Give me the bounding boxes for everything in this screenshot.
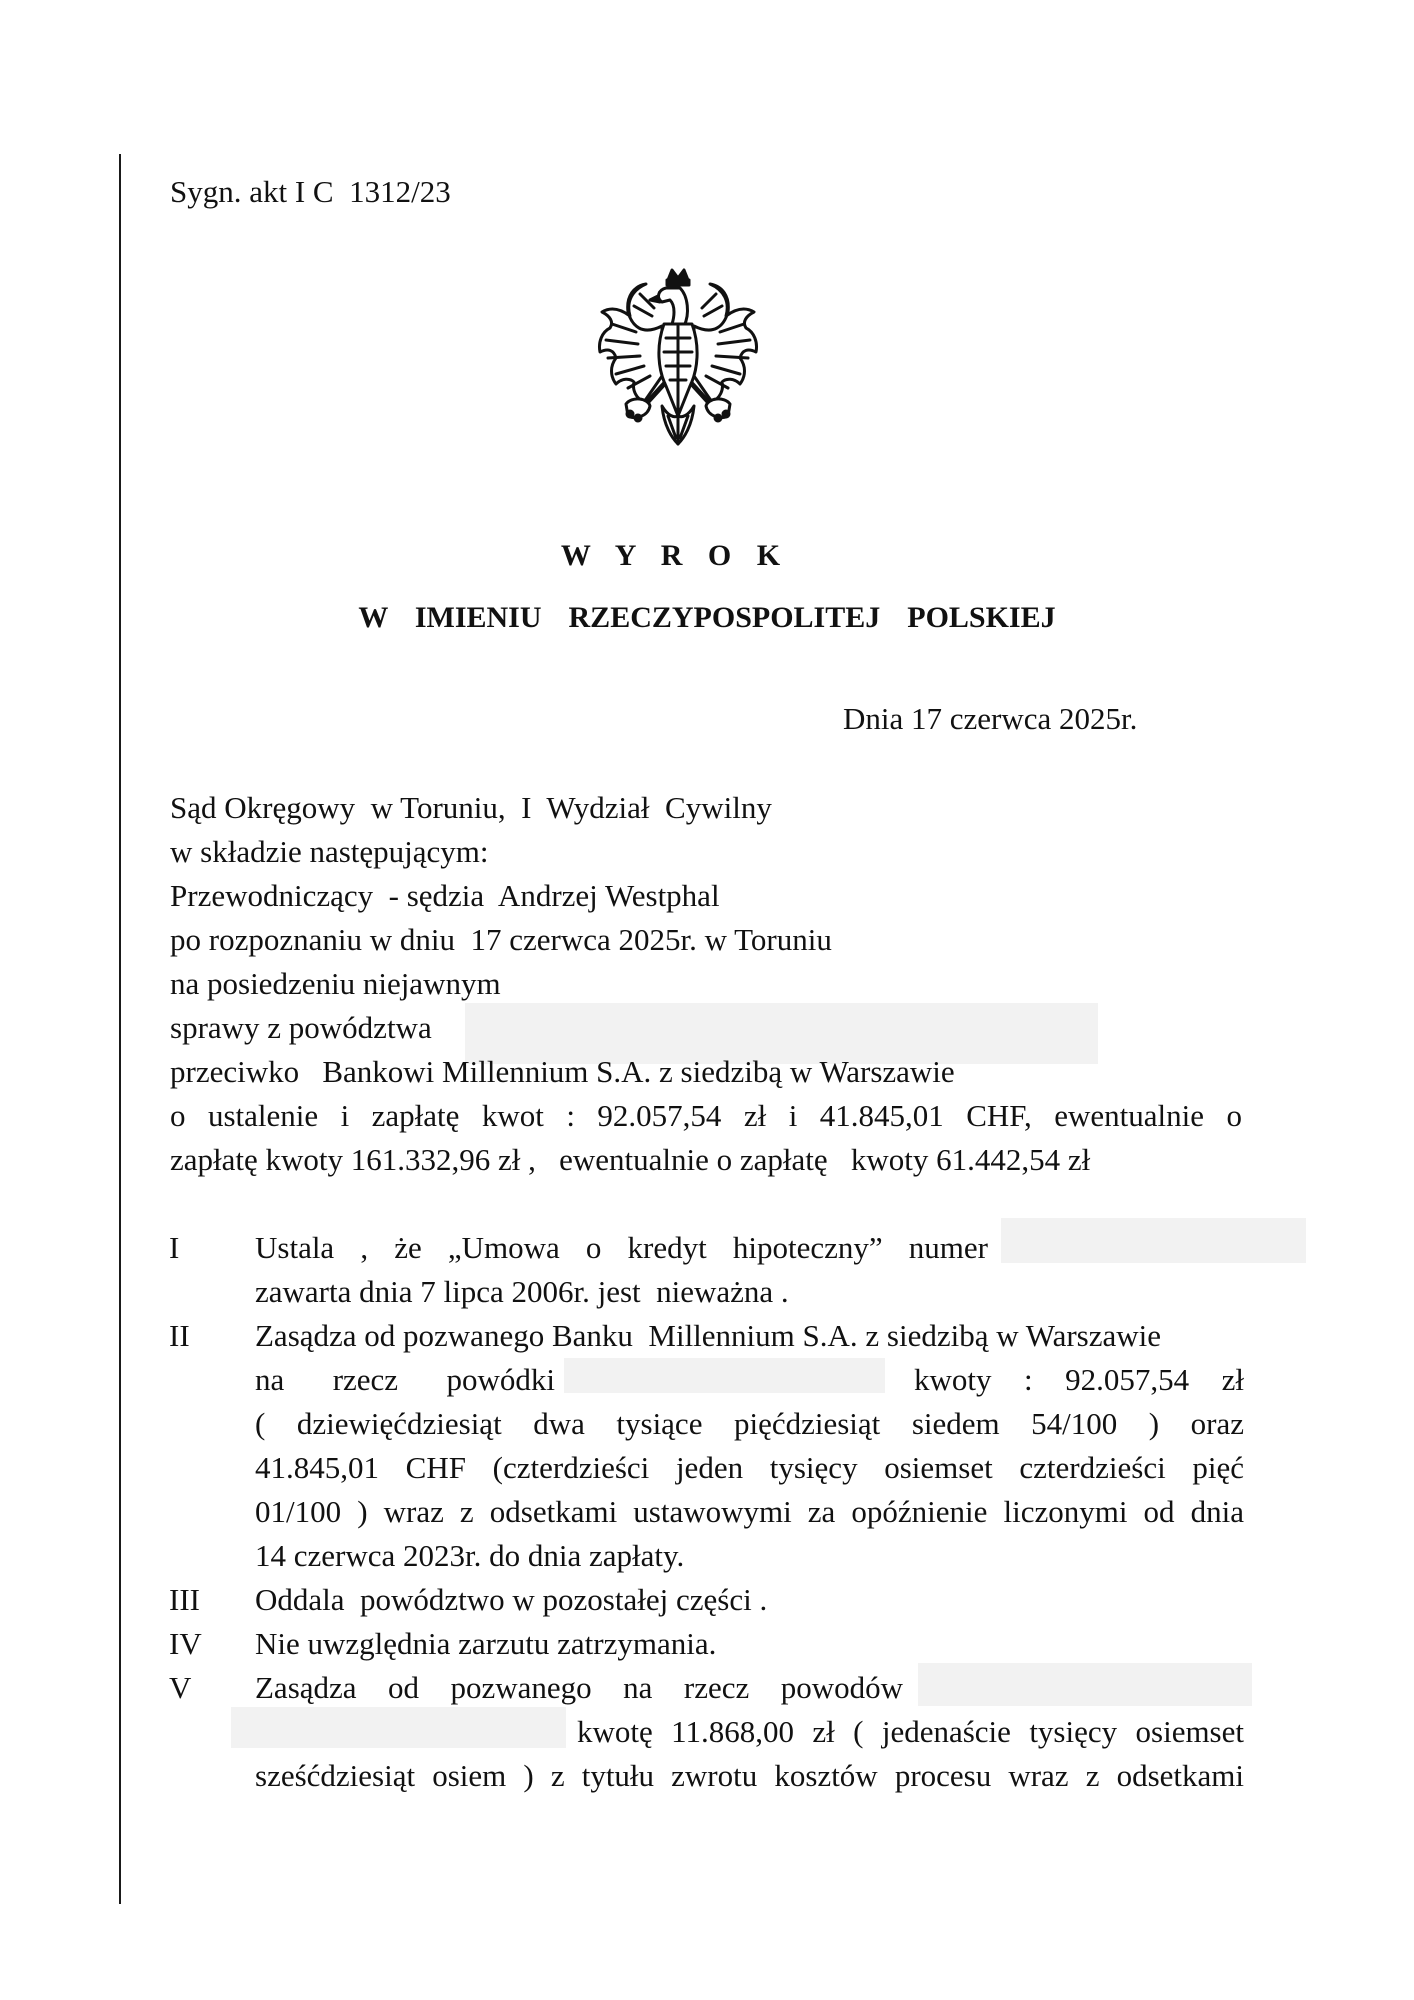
polish-eagle-emblem-icon [592, 266, 764, 448]
redacted-plaintiffs [918, 1663, 1252, 1706]
item-II-line-2a: na rzecz powódki [255, 1358, 555, 1402]
item-IV-line-1: Nie uwzględnia zarzutu zatrzymania. [255, 1622, 716, 1666]
item-numeral-III: III [169, 1578, 200, 1622]
redacted-contract-number [1001, 1218, 1306, 1263]
item-V-line-2: kwotę 11.868,00 zł ( jedenaście tysięcy … [577, 1710, 1244, 1754]
plaintiff-label: sprawy z powództwa [170, 1006, 432, 1050]
item-numeral-I: I [169, 1226, 179, 1270]
margin-rule [119, 154, 121, 1904]
item-II-line-3: ( dziewięćdziesiąt dwa tysiące pięćdzies… [255, 1402, 1244, 1446]
item-II-line-1: Zasądza od pozwanego Banku Millennium S.… [255, 1314, 1161, 1358]
judgment-date: Dnia 17 czerwca 2025r. [843, 697, 1137, 741]
court-name: Sąd Okręgowy w Toruniu, I Wydział Cywiln… [170, 786, 772, 830]
item-numeral-V: V [169, 1666, 191, 1710]
item-III-line-1: Oddala powództwo w pozostałej części . [255, 1578, 767, 1622]
hearing-info: po rozpoznaniu w dniu 17 czerwca 2025r. … [170, 918, 832, 962]
item-I-line-1: Ustala , że „Umowa o kredyt hipoteczny” … [255, 1226, 988, 1270]
item-numeral-II: II [169, 1314, 190, 1358]
judgment-title: W Y R O K [0, 536, 1350, 576]
composition-label: w składzie następującym: [170, 830, 489, 874]
case-number: Sygn. akt I C 1312/23 [170, 170, 451, 214]
claim-subject: o ustalenie i zapłatę kwot : 92.057,54 z… [170, 1094, 1242, 1138]
item-II-line-2b: kwoty : 92.057,54 zł [914, 1358, 1244, 1402]
item-I-line-2: zawarta dnia 7 lipca 2006r. jest nieważn… [255, 1270, 789, 1314]
session-type: na posiedzeniu niejawnym [170, 962, 501, 1006]
document-page: Sygn. akt I C 1312/23 [0, 0, 1414, 2000]
claim-alternatives: zapłatę kwoty 161.332,96 zł , ewentualni… [170, 1138, 1090, 1182]
redacted-plaintiffs-cont [231, 1707, 566, 1748]
presiding-judge: Przewodniczący - sędzia Andrzej Westphal [170, 874, 720, 918]
item-V-line-1: Zasądza od pozwanego na rzecz powodów [255, 1666, 903, 1710]
item-II-line-5: 01/100 ) wraz z odsetkami ustawowymi za … [255, 1490, 1244, 1534]
defendant: przeciwko Bankowi Millennium S.A. z sied… [170, 1050, 955, 1094]
item-numeral-IV: IV [169, 1622, 202, 1666]
item-II-line-6: 14 czerwca 2023r. do dnia zapłaty. [255, 1534, 684, 1578]
item-V-line-3: sześćdziesiąt osiem ) z tytułu zwrotu ko… [255, 1754, 1244, 1798]
judgment-subtitle: W IMIENIU RZECZYPOSPOLITEJ POLSKIEJ [40, 598, 1374, 638]
item-II-line-4: 41.845,01 CHF (czterdzieści jeden tysięc… [255, 1446, 1244, 1490]
redacted-plaintiff-name [564, 1358, 885, 1393]
